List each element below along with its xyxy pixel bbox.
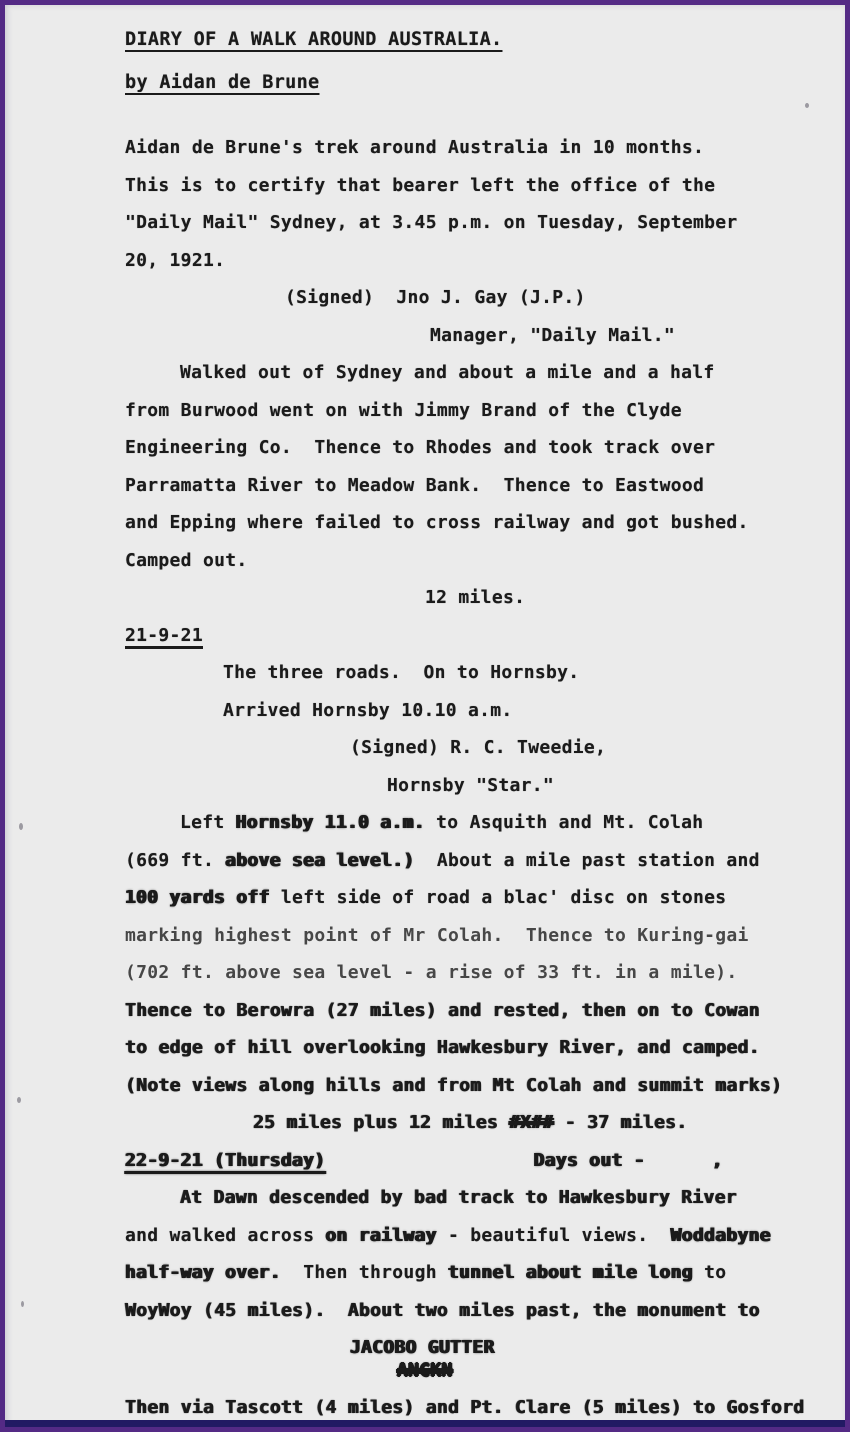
document-line: (Signed) Jno J. Gay (J.P.) [125,287,785,325]
line-segment: ANCKN [397,1360,453,1381]
document-title: DIARY OF A WALK AROUND AUSTRALIA. [125,29,785,72]
line-segment: Woddabyne [671,1225,771,1246]
line-segment: to edge of hill overlooking Hawkesbury R… [125,1037,760,1058]
document-line: WoyWoy (45 miles). About two miles past,… [125,1300,785,1338]
line-segment: to [693,1262,726,1283]
line-segment: left side of road a blac' disc on stones [270,887,727,908]
line-segment: Arrived Hornsby 10.10 a.m. [223,700,513,721]
line-segment: (669 ft. [125,850,225,871]
line-segment: 100 yards off [125,887,270,908]
document-line: This is to certify that bearer left the … [125,175,785,213]
line-segment: half-way over. [125,1262,281,1283]
document-line: Engineering Co. Thence to Rhodes and too… [125,437,785,475]
line-segment: WoyWoy (45 miles). About two miles past,… [125,1300,760,1321]
line-segment: (Signed) R. C. Tweedie, [350,737,606,758]
document-line: Left Hornsby 11.0 a.m. to Asquith and Mt… [125,812,785,850]
line-segment: "Daily Mail" Sydney, at 3.45 p.m. on Tue… [125,212,738,233]
line-segment: above sea level.) [225,850,414,871]
document-line: (Signed) R. C. Tweedie, [125,737,785,775]
line-segment: Walked out of Sydney and about a mile an… [180,362,715,383]
document-line: half-way over. Then through tunnel about… [125,1262,785,1300]
line-segment: Then through [281,1262,448,1283]
document-line: "Daily Mail" Sydney, at 3.45 p.m. on Tue… [125,212,785,250]
document-line: and Epping where failed to cross railway… [125,512,785,550]
document-line: The three roads. On to Hornsby. [125,662,785,700]
document-byline: by Aidan de Brune [125,72,785,115]
line-segment: from Burwood went on with Jimmy Brand of… [125,400,682,421]
document-line: from Burwood went on with Jimmy Brand of… [125,400,785,438]
line-segment: Hornsby 11.0 a.m. [236,812,425,833]
document-line: (Note views along hills and from Mt Cola… [125,1075,785,1113]
scanned-diary-page: DIARY OF A WALK AROUND AUSTRALIA. by Aid… [0,0,850,1432]
document-line: 21-9-21 [125,625,785,663]
line-segment: and walked across [125,1225,325,1246]
scan-artifact [19,823,23,830]
line-segment: Hornsby "Star." [387,775,554,796]
line-segment: (702 ft. above sea level - a rise of 33 … [125,962,738,983]
line-segment: - beautiful views. [437,1225,671,1246]
line-segment: Then via Tascott (4 miles) and Pt. Clare… [125,1397,804,1418]
document-line: 20, 1921. [125,250,785,288]
scan-artifact [17,1097,21,1103]
document-line: 12 miles. [125,587,785,625]
document-line: At Dawn descended by bad track to Hawkes… [125,1187,785,1225]
line-segment: #X## [509,1112,554,1133]
line-segment: Left [180,812,236,833]
line-segment: 20, 1921. [125,250,225,271]
line-segment: to Asquith and Mt. Colah [425,812,703,833]
document-line: (669 ft. above sea level.) About a mile … [125,850,785,888]
line-segment: The three roads. On to Hornsby. [223,662,579,683]
document-line: Camped out. [125,550,785,588]
line-segment: - 37 miles. [554,1112,688,1133]
document-line: Manager, "Daily Mail." [125,325,785,363]
scan-artifact [21,1301,24,1307]
document-line: Parramatta River to Meadow Bank. Thence … [125,475,785,513]
line-segment: (Note views along hills and from Mt Cola… [125,1075,782,1096]
line-segment: 22-9-21 (Thursday) [125,1150,325,1171]
line-segment: Manager, "Daily Mail." [430,325,675,346]
line-segment: Parramatta River to Meadow Bank. Thence … [125,475,704,496]
document-line: 100 yards off left side of road a blac' … [125,887,785,925]
line-segment: and Epping where failed to cross railway… [125,512,749,533]
line-segment: 21-9-21 [125,625,203,646]
document-line: and walked across on railway - beautiful… [125,1225,785,1263]
line-segment: 25 miles plus 12 miles [253,1112,509,1133]
line-segment: At Dawn descended by bad track to Hawkes… [180,1187,737,1208]
line-segment: Thence to Berowra (27 miles) and rested,… [125,1000,760,1021]
line-segment: Aidan de Brune's trek around Australia i… [125,137,704,158]
line-segment: Camped out. [125,550,248,571]
document-body: Aidan de Brune's trek around Australia i… [125,137,785,1432]
line-segment: This is to certify that bearer left the … [125,175,715,196]
document-line: marking highest point of Mr Colah. Thenc… [125,925,785,963]
document-line: Hornsby "Star." [125,775,785,813]
document-line: Walked out of Sydney and about a mile an… [125,362,785,400]
line-segment: 12 miles. [425,587,525,608]
line-segment: (Signed) Jno J. Gay (J.P.) [285,287,586,308]
line-segment: About a mile past station and [415,850,760,871]
document-line: (702 ft. above sea level - a rise of 33 … [125,962,785,1000]
document-line: JACOBO GUTTER [125,1337,785,1360]
line-segment: JACOBO GUTTER [350,1337,495,1358]
document-line: Arrived Hornsby 10.10 a.m. [125,700,785,738]
typewritten-content: DIARY OF A WALK AROUND AUSTRALIA. by Aid… [125,29,785,1432]
document-line: to edge of hill overlooking Hawkesbury R… [125,1037,785,1075]
document-line: 25 miles plus 12 miles #X## - 37 miles. [125,1112,785,1150]
line-segment: marking highest point of Mr Colah. Thenc… [125,925,749,946]
line-segment: Days out - , [534,1150,723,1171]
document-line: Aidan de Brune's trek around Australia i… [125,137,785,175]
document-line: ANCKN [125,1360,785,1384]
scan-artifact [805,103,809,108]
line-segment: tunnel about mile long [448,1262,693,1283]
document-line: 22-9-21 (Thursday)Days out - , [125,1150,785,1188]
document-line: Then via Tascott (4 miles) and Pt. Clare… [125,1397,785,1432]
line-segment: Engineering Co. Thence to Rhodes and too… [125,437,715,458]
line-segment: on railway [325,1225,436,1246]
document-line: Thence to Berowra (27 miles) and rested,… [125,1000,785,1038]
